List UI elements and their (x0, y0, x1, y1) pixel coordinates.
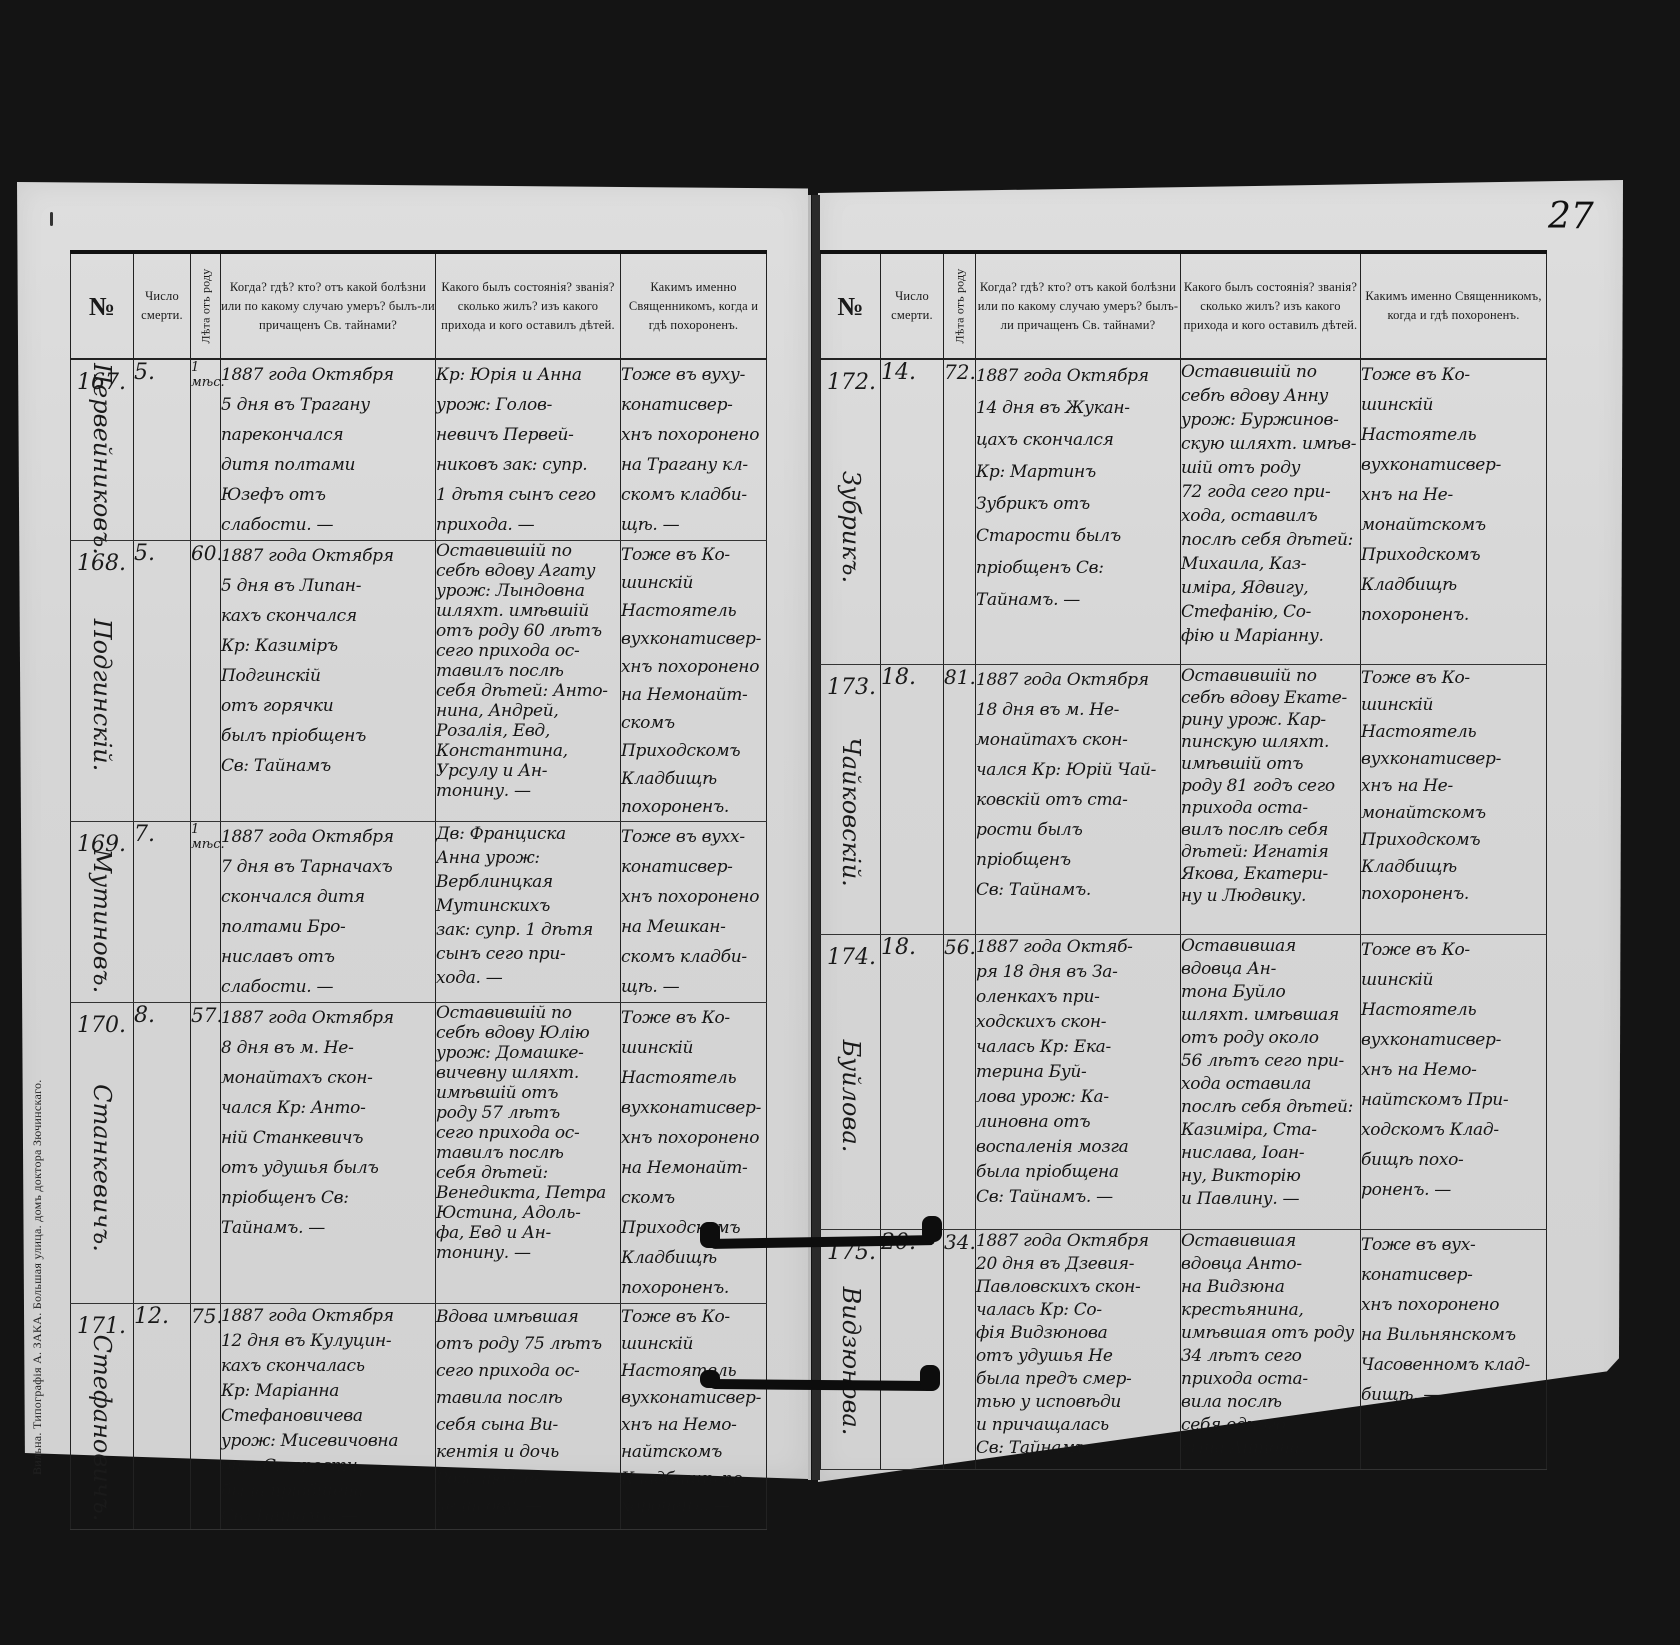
entry-surname: Первейниковъ. (88, 363, 116, 555)
entry-number-cell: 174. Буйлова. (821, 934, 881, 1229)
binding-knot (700, 1222, 720, 1248)
entry-death-day: 12. (134, 1304, 191, 1530)
entry-age: 75. (191, 1304, 221, 1530)
entry-status: Кр: Юрія и Анна урож: Голов- невичъ Перв… (436, 359, 621, 541)
entry-number-cell: 172. Зубрикъ. (821, 359, 881, 664)
entry-number: 173. (821, 665, 880, 700)
binding-knot (700, 1370, 720, 1388)
entry-circumstances: 1887 года Октября 20 дня въ Дзевия- Павл… (976, 1229, 1181, 1469)
entry-number: 170. (71, 1003, 133, 1038)
entry-death-day: 5. (134, 359, 191, 541)
register-entry-172: 172. Зубрикъ. 14. 72. 1887 года Октября … (821, 359, 1547, 664)
entry-death-day: 18. (881, 934, 944, 1229)
column-header-status: Какого былъ состоянія? званія? сколько ж… (1181, 252, 1361, 359)
entry-number: 175. (821, 1230, 880, 1265)
entry-burial: Тоже въ Ко- шинскій Настоятель вухконати… (1361, 359, 1547, 664)
entry-circumstances: 1887 года Октября 5 дня въ Липан- кахъ с… (221, 541, 436, 822)
column-header-day: Число смерти. (881, 252, 944, 359)
folio-number: 27 (1548, 196, 1594, 237)
register-entry-171: 171. Стефановичъ. 12. 75. 1887 года Октя… (71, 1304, 767, 1530)
entry-burial: Тоже въ Ко- шинскій Настоятель вухконати… (1361, 934, 1547, 1229)
entry-number: 172. (821, 360, 880, 395)
entry-surname: Зубрикъ. (837, 471, 865, 583)
book-spine (812, 195, 820, 1480)
column-header-circumstances: Когда? гдѣ? кто? отъ какой болѣзни или п… (221, 252, 436, 359)
entry-burial: Тоже въ Ко- шинскій Настоятель вухконати… (621, 1304, 767, 1530)
entry-circumstances: 1887 года Октября 18 дня въ м. Не- монай… (976, 664, 1181, 934)
entry-number-cell: 169. Мутиновъ. (71, 822, 134, 1003)
header-row: № Число смерти. Лѣта отъ роду Когда? гдѣ… (71, 252, 767, 359)
column-header-burial: Какимъ именно Священникомъ, когда и гдѣ … (621, 252, 767, 359)
entry-burial: Тоже въ Ко- шинскій Настоятель вухконати… (621, 541, 767, 822)
register-entry-167: 167. Первейниковъ. 5. 1 мѣс. 1887 года О… (71, 359, 767, 541)
right-register-table: № Число смерти. Лѣта отъ роду Когда? гдѣ… (820, 250, 1547, 1470)
entry-surname: Чайковскій. (837, 738, 865, 888)
entry-number-cell: 173. Чайковскій. (821, 664, 881, 934)
column-header-age: Лѣта отъ роду (944, 252, 976, 359)
entry-number-cell: 168. Подгинскій. (71, 541, 134, 822)
entry-number-cell: 175. Видзюнова. (821, 1229, 881, 1469)
entry-death-day: 7. (134, 822, 191, 1003)
entry-burial: Тоже въ вух- конатисвер- хнъ похоронено … (1361, 1229, 1547, 1469)
entry-burial: Тоже въ Ко- шинскій Настоятель вухконати… (621, 1003, 767, 1304)
column-header-age: Лѣта отъ роду (191, 252, 221, 359)
entry-burial: Тоже въ вухх- конатисвер- хнъ похоронено… (621, 822, 767, 1003)
entry-age: 72. (944, 359, 976, 664)
binding-thread-lower (710, 1379, 935, 1391)
column-header-circumstances: Когда? гдѣ? кто? отъ какой болѣзни или п… (976, 252, 1181, 359)
binding-knot (922, 1216, 942, 1242)
entry-surname: Стефановичъ. (88, 1334, 116, 1521)
register-entry-173: 173. Чайковскій. 18. 81. 1887 года Октяб… (821, 664, 1547, 934)
register-entry-169: 169. Мутиновъ. 7. 1 мѣс. 1887 года Октяб… (71, 822, 767, 1003)
entry-surname: Буйлова. (837, 1040, 865, 1153)
register-entry-175: 175. Видзюнова. 20. 34. 1887 года Октябр… (821, 1229, 1547, 1469)
entry-number: 174. (821, 935, 880, 970)
entry-number-cell: 167. Первейниковъ. (71, 359, 134, 541)
entry-status: Оставившая вдовца Ан- тона Буйло шляхт. … (1181, 934, 1361, 1229)
entry-circumstances: 1887 года Октября 7 дня въ Тарначахъ ско… (221, 822, 436, 1003)
entry-age: 1 мѣс. (191, 359, 221, 541)
entry-death-day: 8. (134, 1003, 191, 1304)
entry-status: Оставившая вдовца Анто- на Видзюна крест… (1181, 1229, 1361, 1469)
entry-age: 60. (191, 541, 221, 822)
entry-status: Оставившій по себѣ вдову Екате- рину уро… (1181, 664, 1361, 934)
entry-age: 56. (944, 934, 976, 1229)
column-header-day: Число смерти. (134, 252, 191, 359)
left-register-table: № Число смерти. Лѣта отъ роду Когда? гдѣ… (70, 250, 767, 1530)
entry-surname: Мутиновъ. (88, 849, 116, 994)
page-corner-mark (50, 212, 53, 226)
entry-number-cell: 171. Стефановичъ. (71, 1304, 134, 1530)
column-header-burial: Какимъ именно Священникомъ, когда и гдѣ … (1361, 252, 1547, 359)
entry-surname: Подгинскій. (88, 619, 116, 772)
entry-surname: Видзюнова. (837, 1287, 865, 1436)
header-row: № Число смерти. Лѣта отъ роду Когда? гдѣ… (821, 252, 1547, 359)
entry-age: 57. (191, 1003, 221, 1304)
book-gutter-highlight (808, 195, 811, 1480)
entry-status: Оставившій по себѣ вдову Юлію урож: Дома… (436, 1003, 621, 1304)
binding-knot (920, 1365, 940, 1391)
entry-status: Вдова имѣвшая отъ роду 75 лѣтъ сего прих… (436, 1304, 621, 1530)
entry-status: Оставившій по себѣ вдову Анну урож: Бурж… (1181, 359, 1361, 664)
entry-age: 81. (944, 664, 976, 934)
column-header-status: Какого былъ состоянія? званія? сколько ж… (436, 252, 621, 359)
entry-circumstances: 1887 года Октября 5 дня въ Трагану парек… (221, 359, 436, 541)
entry-burial: Тоже въ вуху- конатисвер- хнъ похоронено… (621, 359, 767, 541)
register-entry-170: 170. Станкевичъ. 8. 57. 1887 года Октябр… (71, 1003, 767, 1304)
entry-circumstances: 1887 года Октяб- ря 18 дня въ За- оленка… (976, 934, 1181, 1229)
entry-circumstances: 1887 года Октября 8 дня въ м. Не- монайт… (221, 1003, 436, 1304)
column-header-number: № (71, 252, 134, 359)
entry-circumstances: 1887 года Октября 12 дня въ Кулуцин- ках… (221, 1304, 436, 1530)
entry-circumstances: 1887 года Октября 14 дня въ Жукан- цахъ … (976, 359, 1181, 664)
entry-age: 1 мѣс. (191, 822, 221, 1003)
printer-imprint: Вильна. Типографія А. ЗАКА. Большая улиц… (30, 1079, 45, 1475)
entry-number-cell: 170. Станкевичъ. (71, 1003, 134, 1304)
entry-death-day: 14. (881, 359, 944, 664)
entry-death-day: 18. (881, 664, 944, 934)
register-entry-174: 174. Буйлова. 18. 56. 1887 года Октяб- р… (821, 934, 1547, 1229)
entry-death-day: 20. (881, 1229, 944, 1469)
entry-status: Оставившій по себѣ вдову Агату урож: Лын… (436, 541, 621, 822)
entry-status: Дв: Франциска Анна урож: Верблинцкая Мут… (436, 822, 621, 1003)
register-entry-168: 168. Подгинскій. 5. 60. 1887 года Октябр… (71, 541, 767, 822)
entry-age: 34. (944, 1229, 976, 1469)
column-header-number: № (821, 252, 881, 359)
entry-burial: Тоже въ Ко- шинскій Настоятель вухконати… (1361, 664, 1547, 934)
entry-surname: Станкевичъ. (88, 1084, 116, 1252)
entry-number: 168. (71, 541, 133, 576)
entry-death-day: 5. (134, 541, 191, 822)
